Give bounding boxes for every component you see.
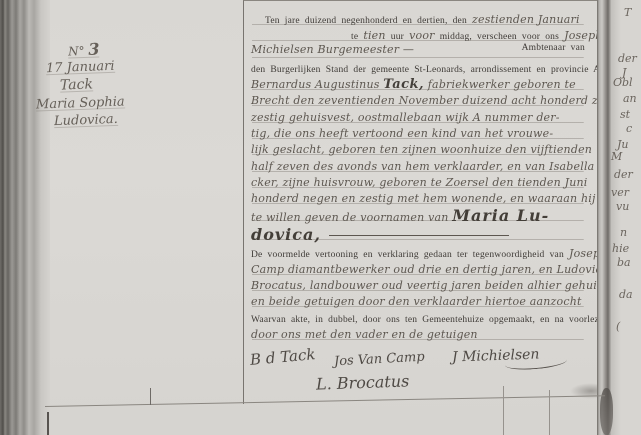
act-line: half zeven des avonds van hem verklaarde… <box>251 157 593 173</box>
next-page-text-fragment: ver <box>611 186 629 199</box>
page-gutter <box>597 0 611 435</box>
act-line: De voormelde vertooning en verklaring ge… <box>251 244 593 260</box>
next-page-text-fragment: st <box>620 108 630 121</box>
handwritten-text: Michielsen Burgemeester — <box>251 43 414 59</box>
next-record-left-rule <box>47 412 49 435</box>
handwritten-text: en beide getuigen door den verklaarder h… <box>251 295 582 308</box>
printed-text: te <box>351 32 363 42</box>
form-rule-vertical-1 <box>503 386 504 435</box>
handwritten-text: Brocatus, landbouwer oud veertig jaren b… <box>251 279 597 292</box>
handwritten-text: Camp diamantbewerker oud drie en dertig … <box>251 263 597 276</box>
next-page-text-fragment: vu <box>616 200 629 213</box>
act-line: lijk geslacht, geboren ten zijnen woonhu… <box>251 140 593 156</box>
act-number-label: N° <box>68 44 85 59</box>
handwritten-text: tig, die ons heeft vertoond een kind van… <box>251 127 553 140</box>
next-page-text-fragment: hie <box>612 242 629 255</box>
act-line: te tien uur voor middag, verscheen voor … <box>251 26 593 42</box>
handwritten-text: door ons met den vader en de getuigen <box>251 328 478 341</box>
act-line: cker, zijne huisvrouw, geboren te Zoerse… <box>251 173 593 189</box>
act-line: te willen geven de voornamen van Maria L… <box>251 206 593 225</box>
handwritten-text: dovica, <box>251 225 321 244</box>
act-line: tig, die ons heeft vertoond een kind van… <box>251 124 593 140</box>
margin-date: 17 Januari <box>46 59 115 76</box>
act-line: door ons met den vader en de getuigen <box>251 325 593 341</box>
act-line: en beide getuigen door den verklaarder h… <box>251 292 593 308</box>
handwritten-text: Brecht den zeventienden November duizend… <box>251 94 597 107</box>
margin-given-names: Maria Sophia <box>36 94 125 112</box>
handwritten-text: honderd negen en zestig met hem wonende,… <box>251 192 597 205</box>
handwritten-text: cker, zijne huisvrouw, geboren te Zoerse… <box>251 176 588 189</box>
handwritten-text: Bernardus Augustinus <box>251 78 383 91</box>
next-page-text-fragment: ba <box>617 256 631 269</box>
printed-text: Ten jare duizend negenhonderd en dertien… <box>265 16 472 26</box>
next-page-text-fragment: M <box>611 150 622 163</box>
printed-text: De voormelde vertooning en verklaring ge… <box>251 250 569 260</box>
act-line: zestig gehuisvest, oostmallebaan wijk A … <box>251 108 593 124</box>
handwritten-text: lijk geslacht, geboren ten zijnen woonhu… <box>251 143 592 156</box>
act-line: Michielsen Burgemeester —Ambtenaar van <box>251 43 593 59</box>
handwritten-text: Josephus <box>564 29 597 42</box>
act-line: Brocatus, landbouwer oud veertig jaren b… <box>251 276 593 292</box>
printed-text: uur <box>386 32 409 42</box>
act-line: honderd negen en zestig met hem wonende,… <box>251 189 593 205</box>
next-page-text-fragment: n <box>620 226 627 239</box>
next-page-text-fragment: da <box>619 288 633 301</box>
next-page-text-fragment: c <box>626 122 632 135</box>
printed-text: den Burgerlijken Stand der gemeente St-L… <box>251 65 597 75</box>
handwritten-text: tien <box>363 29 385 42</box>
margin-annotations: N° 3 17 Januari Tack Maria Sophia Ludovi… <box>0 0 243 435</box>
handwritten-text: Tack, <box>383 77 424 92</box>
printed-text: Ambtenaar van <box>522 43 585 59</box>
act-line: Waarvan akte, in dubbel, door ons ten Ge… <box>251 309 593 325</box>
scanned-register-page: N° 3 17 Januari Tack Maria Sophia Ludovi… <box>0 0 641 435</box>
next-page-text-fragment: der <box>618 52 637 65</box>
handwritten-text <box>329 235 509 236</box>
handwritten-text: Josephus Van <box>569 247 597 260</box>
handwritten-text: Maria Lu- <box>452 206 549 225</box>
act-number-value: 3 <box>88 39 100 58</box>
margin-given-names-2: Ludovica. <box>54 112 118 129</box>
next-page-text-fragment: T <box>624 6 631 19</box>
handwritten-text: voor <box>409 29 435 42</box>
signature-witness-2: L. Brocatus <box>316 371 410 393</box>
printed-text: Waarvan akte, in dubbel, door ons ten Ge… <box>251 315 597 325</box>
next-page-sliver: TderJOblanstcJuMdervervunhiebada( <box>611 0 641 435</box>
act-line: Camp diamantbewerker oud drie en dertig … <box>251 260 593 276</box>
printed-text: middag, verscheen voor ons <box>435 32 564 42</box>
next-page-text-fragment: Obl <box>613 76 633 89</box>
form-rule-vertical-2 <box>549 390 550 435</box>
handwritten-text: zestienden Januari <box>472 13 580 26</box>
next-page-text-fragment: der <box>614 168 633 181</box>
handwritten-text: te willen geven de voornamen van <box>251 211 452 224</box>
handwritten-text: fabriekwerker geboren te <box>424 78 576 91</box>
next-page-text-fragment: an <box>623 92 637 105</box>
next-page-text-fragment: ( <box>616 320 620 333</box>
act-line: dovica, <box>251 225 593 244</box>
act-number: N° 3 <box>68 39 100 59</box>
act-line: Brecht den zeventienden November duizend… <box>251 91 593 107</box>
handwritten-text: half zeven des avonds van hem verklaarde… <box>251 160 597 173</box>
margin-surname: Tack <box>60 76 93 93</box>
act-line: Bernardus Augustinus Tack, fabriekwerker… <box>251 75 593 91</box>
act-line: den Burgerlijken Stand der gemeente St-L… <box>251 59 593 75</box>
handwritten-text: zestig gehuisvest, oostmallebaan wijk A … <box>251 111 560 124</box>
form-rule-tick <box>150 388 151 405</box>
act-line: Ten jare duizend negenhonderd en dertien… <box>251 10 593 26</box>
act-text-block: Ten jare duizend negenhonderd en dertien… <box>243 0 597 404</box>
